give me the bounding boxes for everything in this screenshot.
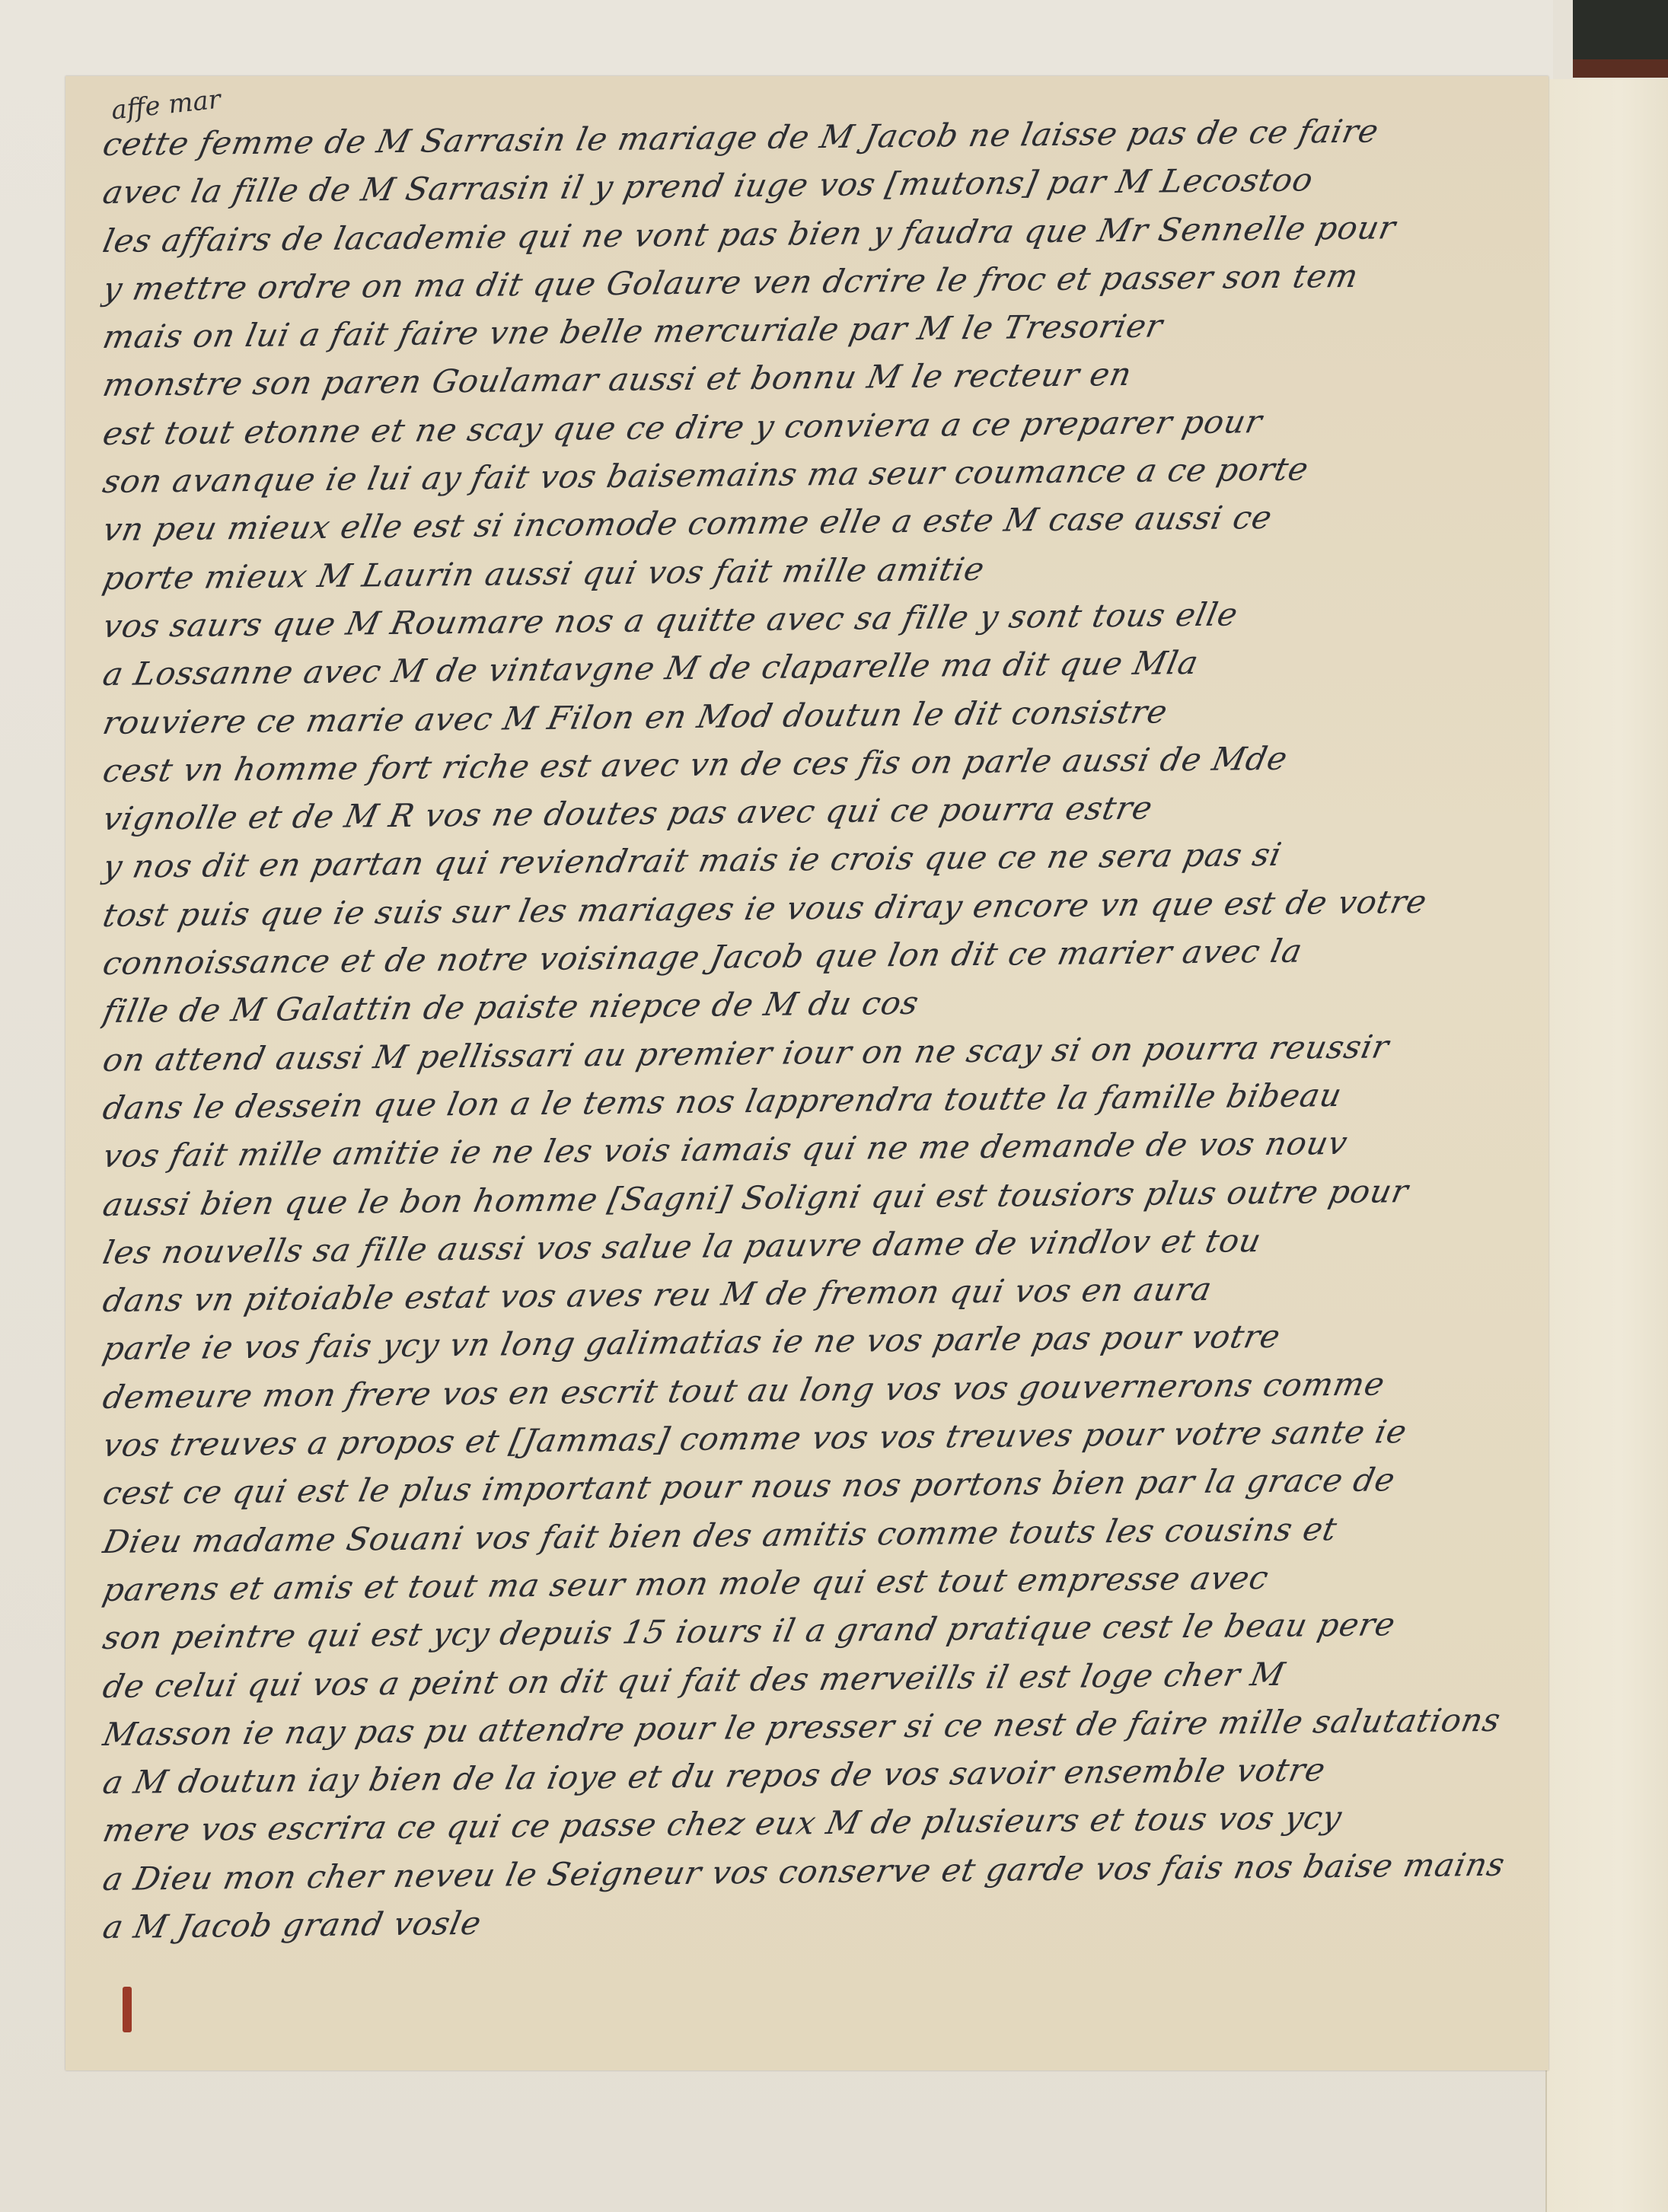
wax-seal-remnant	[123, 1987, 132, 2032]
mounting-strip	[1545, 79, 1668, 2212]
binding-edge	[1573, 59, 1668, 78]
letter-page: affe mar cette femme de M Sarrasin le ma…	[65, 76, 1548, 2070]
letter-body: cette femme de M Sarrasin le mariage de …	[104, 120, 1527, 1951]
